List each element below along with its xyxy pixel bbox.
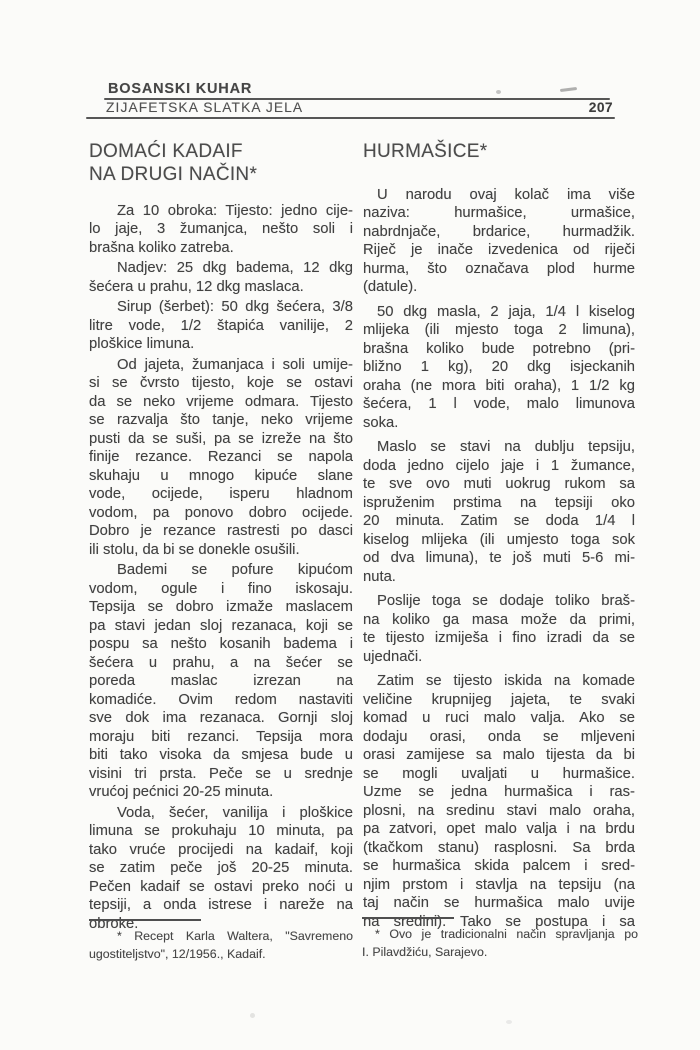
text-line: brašna koliko zatreba. bbox=[89, 239, 353, 258]
text-line: se razvalja što tanje, neko vrijeme bbox=[89, 411, 353, 430]
paragraph: Bademi se pofure kipućomvodom, ogule i f… bbox=[89, 561, 353, 802]
paragraph: Od jajeta, žumanjaca i soli umije-si se … bbox=[89, 356, 353, 560]
text-line: ili stolu, da bi se donekle osušili. bbox=[89, 541, 353, 560]
text-line: Voda, šećer, vanilija i ploškice bbox=[89, 804, 353, 823]
text-line: nabrdnjače, brdarice, hurmadžik. bbox=[363, 223, 635, 242]
text-line: tepsiji, a onda istrese i nareže na bbox=[89, 896, 353, 915]
text-line: plosni, na sredinu stavi malo oraha, bbox=[363, 802, 635, 821]
scan-speck bbox=[560, 87, 577, 92]
book-title: BOSANSKI KUHAR bbox=[108, 81, 252, 97]
paragraph: Sirup (šerbet): 50 dkg šećera, 3/8litre … bbox=[89, 298, 353, 354]
scanned-page: BOSANSKI KUHAR ZIJAFETSKA SLATKA JELA 20… bbox=[0, 0, 700, 1050]
text-line: poreda maslac izrezan na bbox=[89, 672, 353, 691]
text-line: pa zatvori, opet malo valja i na brdu bbox=[363, 820, 635, 839]
text-line: Sirup (šerbet): 50 dkg šećera, 3/8 bbox=[89, 298, 353, 317]
recipe-title-hurmasice: HURMAŠICE* bbox=[363, 140, 635, 163]
text-line: 20 minuta. Zatim se doda 1/4 l bbox=[363, 512, 635, 531]
text-line: 50 dkg masla, 2 jaja, 1/4 l kiselog bbox=[363, 303, 635, 322]
text-line: Zatim se tijesto iskida na komade bbox=[363, 672, 635, 691]
text-line: tako vruće procijedi na kadaif, koji bbox=[89, 841, 353, 860]
paragraph: Nadjev: 25 dkg badema, 12 dkgšećera u pr… bbox=[89, 259, 353, 296]
text-line: Maslo se stavi na dublju tepsiju, bbox=[363, 438, 635, 457]
text-line: Nadjev: 25 dkg badema, 12 dkg bbox=[89, 259, 353, 278]
paragraph: U narodu ovaj kolač ima višenaziva: hurm… bbox=[363, 186, 635, 297]
text-line: Bademi se pofure kipućom bbox=[89, 561, 353, 580]
text-line: soka. bbox=[363, 414, 635, 433]
text-line: sve dok ima rezanaca. Gornji sloj bbox=[89, 709, 353, 728]
text-line: se zatim peče još 20-25 minuta. bbox=[89, 859, 353, 878]
scan-speck bbox=[250, 1013, 255, 1018]
recipe-title-line: HURMAŠICE* bbox=[363, 140, 635, 163]
text-line: brašna koliko bude potrebno (pri- bbox=[363, 340, 635, 359]
text-line: na koliko ga masa može da primi, bbox=[363, 611, 635, 630]
paragraph: Maslo se stavi na dublju tepsiju,doda je… bbox=[363, 438, 635, 586]
text-line: si se čvrsto tijesto, koje se ostavi bbox=[89, 374, 353, 393]
paragraph: Zatim se tijesto iskida na komadeveličin… bbox=[363, 672, 635, 931]
text-line: Poslije toga se dodaje toliko braš- bbox=[363, 592, 635, 611]
text-line: visini tri prsta. Peče se u srednje bbox=[89, 765, 353, 784]
text-line: lo jaje, 3 žumanjca, nešto soli i bbox=[89, 220, 353, 239]
text-line: Uzme se jedna hurmašica i ras- bbox=[363, 783, 635, 802]
text-line: te sve ovo muti uokrug rukom sa bbox=[363, 475, 635, 494]
text-line: šećera u prahu, 12 dkg maslaca. bbox=[89, 278, 353, 297]
recipe-hurmasice: HURMAŠICE* U narodu ovaj kolač ima višen… bbox=[363, 124, 635, 931]
recipe-title-kadaif: DOMAĆI KADAIFNA DRUGI NAČIN* bbox=[89, 140, 353, 186]
text-line: biti tako visoka da smjesa bude u bbox=[89, 746, 353, 765]
text-line: hurma, što označava plod hurme bbox=[363, 260, 635, 279]
text-line: Dobro je rezance rastresti po dasci bbox=[89, 522, 353, 541]
text-line: komad u ruci malo valja. Ako se bbox=[363, 709, 635, 728]
text-line: se mogli uvaljati u hurmašice. bbox=[363, 765, 635, 784]
section-title: ZIJAFETSKA SLATKA JELA bbox=[106, 100, 303, 115]
recipe-body-kadaif: Za 10 obroka: Tijesto: jedno cije-lo jaj… bbox=[89, 202, 353, 934]
text-line: (datule). bbox=[363, 278, 635, 297]
text-line: vrućoj pećnici 20-25 minuta. bbox=[89, 783, 353, 802]
text-line: pusti da se suši, pa se izreže na što bbox=[89, 430, 353, 449]
text-line: šećera u prahu, a na šećer se bbox=[89, 654, 353, 673]
text-line: Pečen kadaif se ostavi preko noći u bbox=[89, 878, 353, 897]
text-line: vodom, pa ponovo dobro ocijede. bbox=[89, 504, 353, 523]
text-line: orasi zamijese sa malo tijesta da bi bbox=[363, 746, 635, 765]
text-line: ispruženim prstima na tepsiji oko bbox=[363, 494, 635, 513]
footnote-left: * Recept Karla Waltera, "Savremenougosti… bbox=[89, 928, 353, 963]
text-line: finije rezance. Rezanci se napola bbox=[89, 448, 353, 467]
text-line: Za 10 obroka: Tijesto: jedno cije- bbox=[89, 202, 353, 221]
recipe-title-line: NA DRUGI NAČIN* bbox=[89, 163, 353, 186]
header-rule-bottom bbox=[86, 117, 615, 119]
page-number: 207 bbox=[589, 100, 613, 115]
text-line: komadiće. Ovim redom nastaviti bbox=[89, 691, 353, 710]
text-line: moraju biti rezanci. Tepsija mora bbox=[89, 728, 353, 747]
text-line: taj način se hurmašica malo uvije bbox=[363, 894, 635, 913]
text-line: pospu sa nešto kosanih badema i bbox=[89, 635, 353, 654]
text-line: limuna se prokuhaju 10 minuta, pa bbox=[89, 822, 353, 841]
text-line: veličine krupnijeg jajeta, te svaki bbox=[363, 691, 635, 710]
footnote-line: I. Pilavdžiću, Sarajevo. bbox=[362, 944, 638, 962]
text-line: od dva limuna), te još muti 5-6 mi- bbox=[363, 549, 635, 568]
footnote-rule-left bbox=[89, 919, 201, 921]
text-line: Riječ je inače izvedenica od riječi bbox=[363, 241, 635, 260]
text-line: kiselog mlijeka (ili umjesto toga sok bbox=[363, 531, 635, 550]
text-line: U narodu ovaj kolač ima više bbox=[363, 186, 635, 205]
text-line: ujednači. bbox=[363, 648, 635, 667]
text-line: litre vode, 1/2 štapića vanilije, 2 bbox=[89, 317, 353, 336]
text-line: Tepsija se dobro izmaže maslacem bbox=[89, 598, 353, 617]
paragraph: Za 10 obroka: Tijesto: jedno cije-lo jaj… bbox=[89, 202, 353, 258]
text-line: mlijeka (ili mjesto toga 2 limuna), bbox=[363, 321, 635, 340]
text-line: nuta. bbox=[363, 568, 635, 587]
text-line: bližno 1 kg), 20 dkg isjeckanih bbox=[363, 358, 635, 377]
recipe-title-line: DOMAĆI KADAIF bbox=[89, 140, 353, 163]
text-line: šećera, 1 l vode, malo limunova bbox=[363, 395, 635, 414]
footnote-right: * Ovo je tradicionalni način spravljanja… bbox=[362, 926, 638, 961]
paragraph: Voda, šećer, vanilija i ploškicelimuna s… bbox=[89, 804, 353, 934]
footnote-line: * Recept Karla Waltera, "Savremeno bbox=[89, 928, 353, 946]
recipe-body-hurmasice: U narodu ovaj kolač ima višenaziva: hurm… bbox=[363, 186, 635, 932]
footnote-line: * Ovo je tradicionalni način spravljanja… bbox=[362, 926, 638, 944]
footnote-line: ugostiteljstvo", 12/1956., Kadaif. bbox=[89, 946, 353, 964]
footnote-rule-right bbox=[362, 917, 454, 919]
section-row: ZIJAFETSKA SLATKA JELA 207 bbox=[106, 100, 613, 115]
text-line: te tijesto izmiješa i fino izradi da se bbox=[363, 629, 635, 648]
scan-speck bbox=[496, 90, 501, 94]
paragraph: Poslije toga se dodaje toliko braš-na ko… bbox=[363, 592, 635, 666]
text-line: dodaju orasi, onda se mljeveni bbox=[363, 728, 635, 747]
recipe-kadaif: DOMAĆI KADAIFNA DRUGI NAČIN* Za 10 obrok… bbox=[89, 124, 353, 933]
text-line: ploškice limuna. bbox=[89, 335, 353, 354]
scan-speck bbox=[506, 1020, 512, 1024]
text-line: pa stavi jedan sloj rezanaca, koji se bbox=[89, 617, 353, 636]
text-line: njim prstom i stavlja na tepsiju (na bbox=[363, 876, 635, 895]
paragraph: 50 dkg masla, 2 jaja, 1/4 l kiselogmlije… bbox=[363, 303, 635, 433]
text-line: (tkačkom stanu) rasplosni. Sa brda bbox=[363, 839, 635, 858]
text-line: doda jedno cijelo jaje i 1 žumance, bbox=[363, 457, 635, 476]
text-line: oraha (ne mora biti oraha), 1 1/2 kg bbox=[363, 377, 635, 396]
text-line: vode, ocijede, isperu hladnom bbox=[89, 485, 353, 504]
text-line: naziva: hurmašice, urmašice, bbox=[363, 204, 635, 223]
text-line: vodom, ogule i fino iskosaju. bbox=[89, 580, 353, 599]
text-line: skuhaju u mnogo kipuće slane bbox=[89, 467, 353, 486]
text-line: se hurmašica skida palcem i sred- bbox=[363, 857, 635, 876]
text-line: Od jajeta, žumanjaca i soli umije- bbox=[89, 356, 353, 375]
text-line: da se neko vrijeme odmara. Tijesto bbox=[89, 393, 353, 412]
